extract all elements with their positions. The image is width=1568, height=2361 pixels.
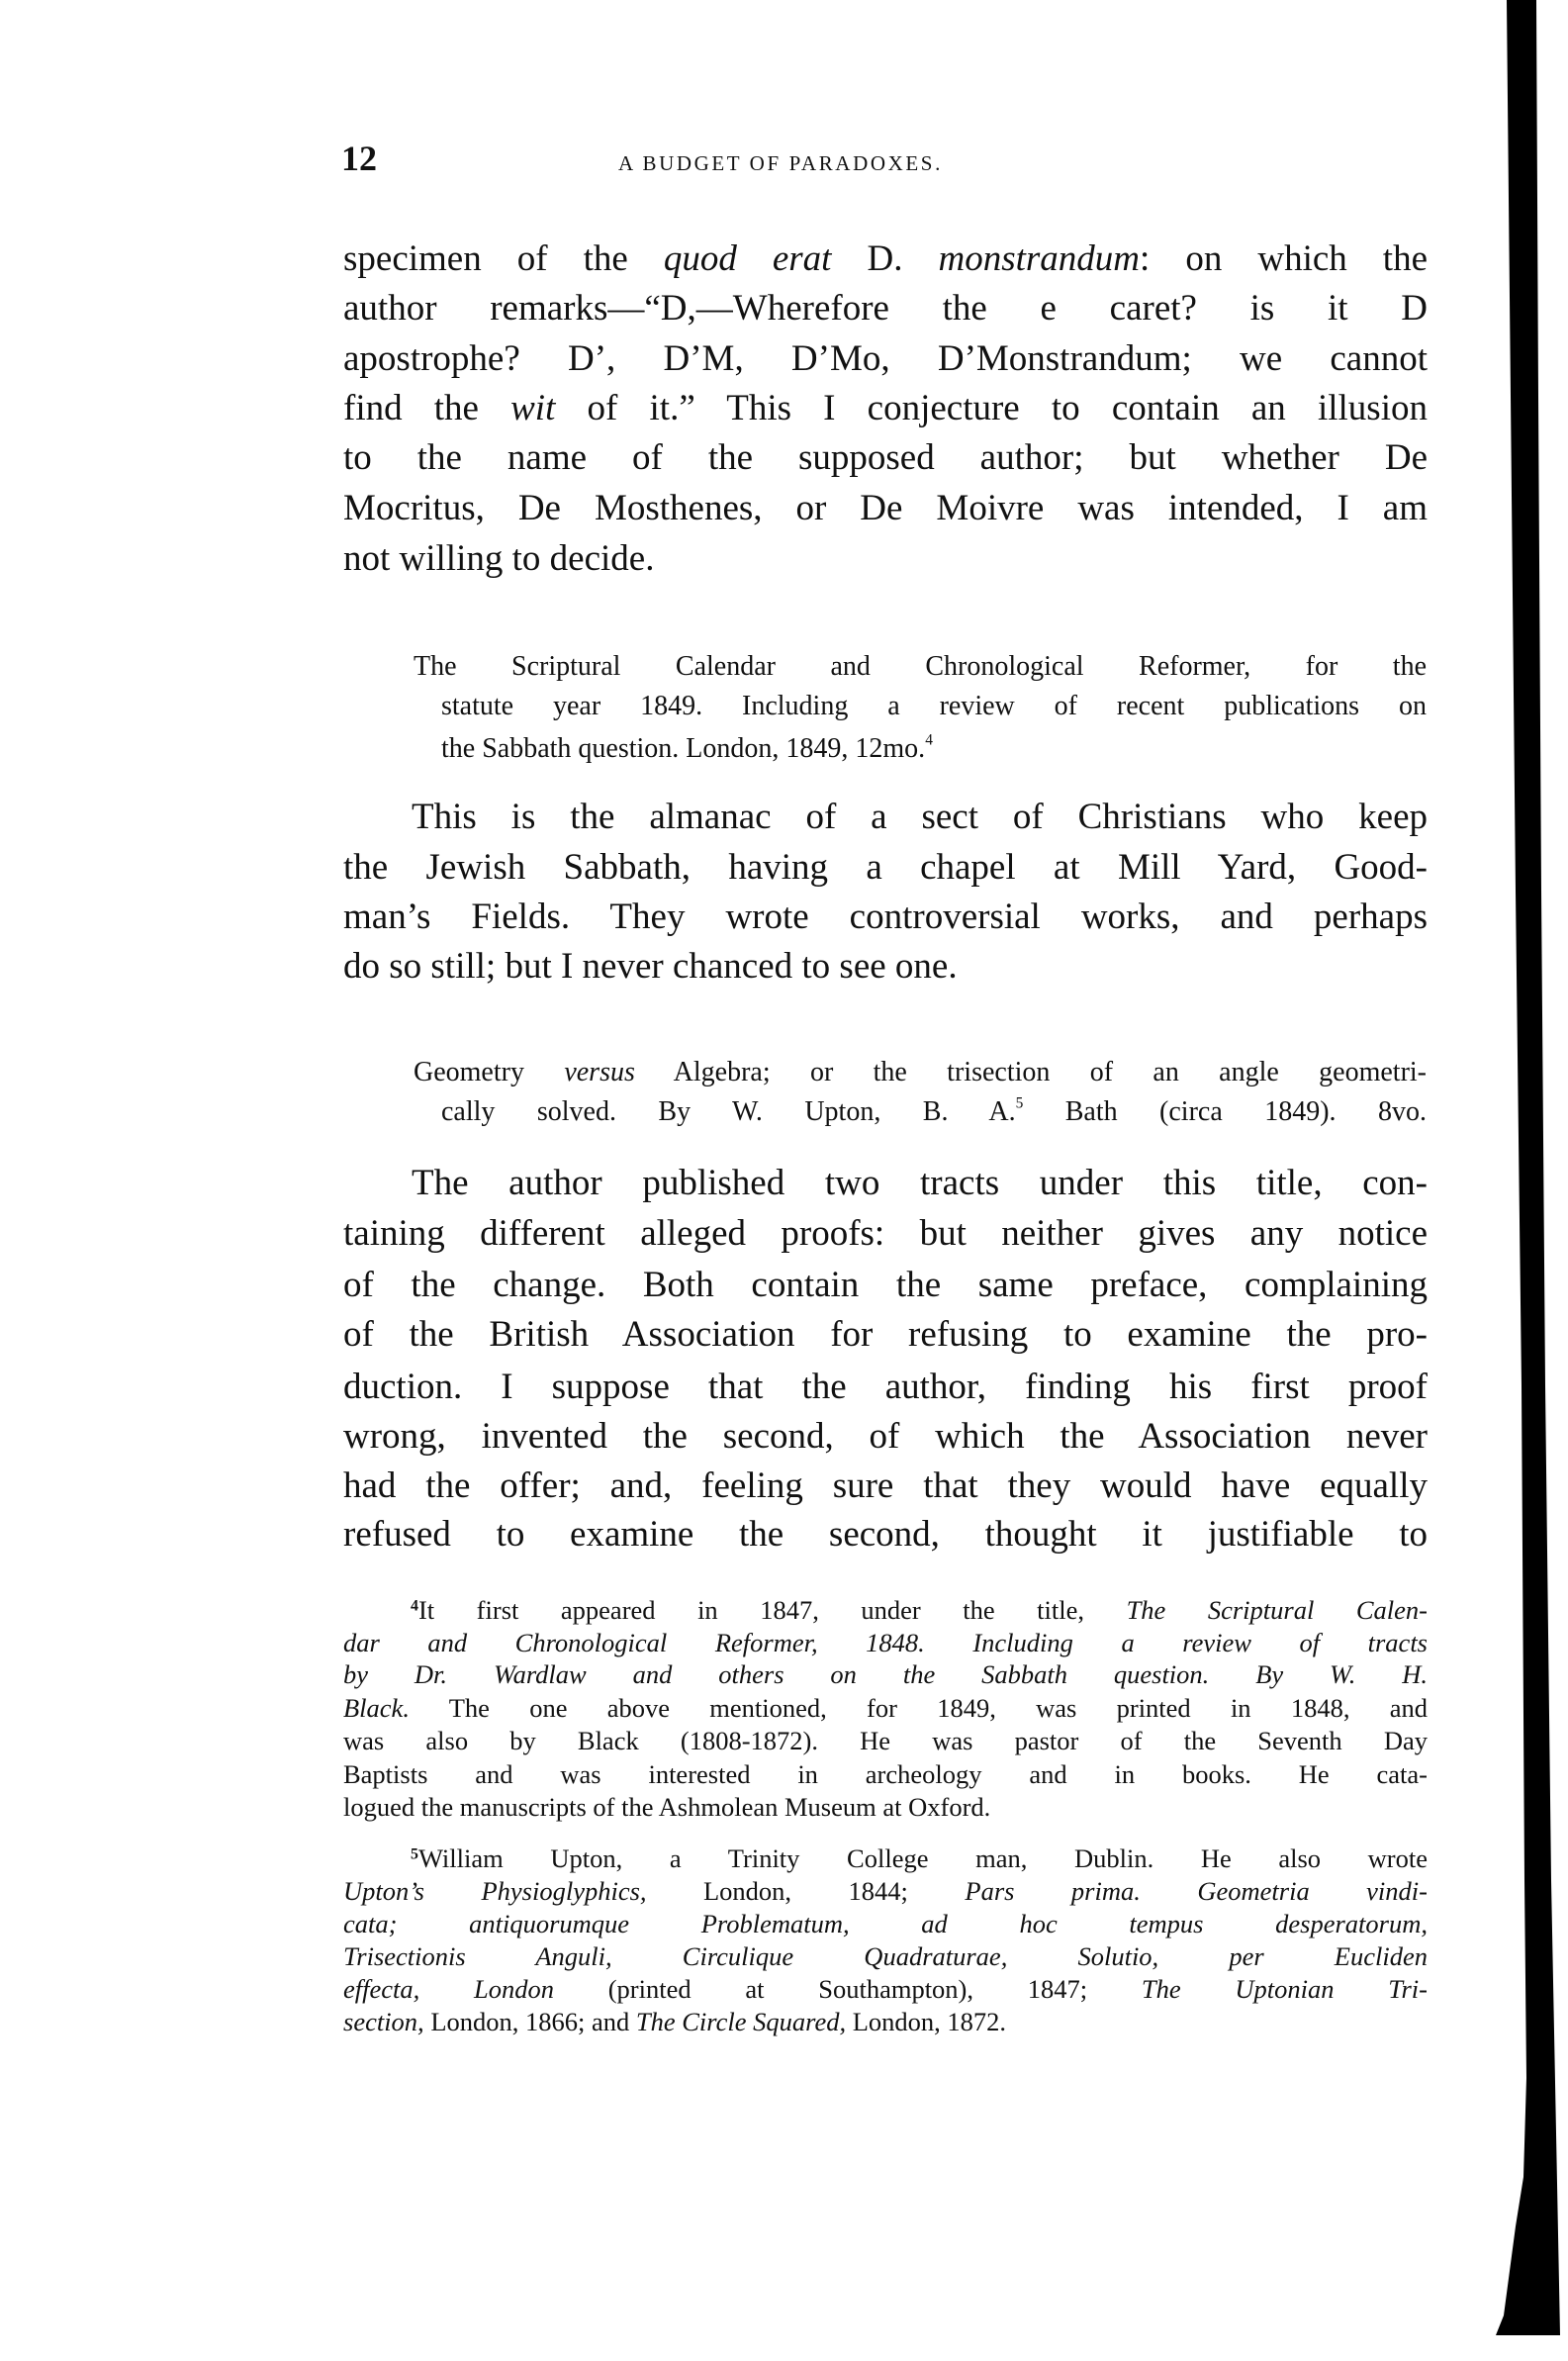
footnote-mark: 5 (411, 1845, 418, 1862)
text-line: refused to examine the second, thought i… (343, 1513, 1428, 1560)
text-line: wrong, invented the second, of which the… (343, 1415, 1428, 1463)
footnote-ref[interactable]: 4 (925, 732, 933, 749)
entry-line: Geometry versus Algebra; or the trisecti… (414, 1056, 1427, 1091)
italic-text: dar and Chronological Reformer, 1848. In… (343, 1628, 1428, 1657)
italic-text: by Dr. Wardlaw and others on the Sabbath… (343, 1659, 1428, 1689)
italic-text: The Uptonian Tri- (1142, 1974, 1428, 2004)
entry-line: cally solved. By W. Upton, B. A.5 Bath (… (441, 1095, 1427, 1131)
text-line: man’s Fields. They wrote controversial w… (343, 896, 1428, 943)
text-line: the Jewish Sabbath, having a chapel at M… (343, 846, 1428, 894)
text-line: not willing to decide. (343, 537, 654, 581)
footnote-line: Upton’s Physioglyphics, London, 1844; Pa… (343, 1876, 1428, 1910)
italic-text: effecta, London (343, 1974, 554, 2004)
text-line: do so still; but I never chanced to see … (343, 945, 958, 989)
text-line: The author published two tracts under th… (412, 1162, 1428, 1209)
text-line: of the British Association for refusing … (343, 1313, 1428, 1361)
italic-text: Upton’s Physioglyphics, (343, 1876, 647, 1906)
entry-line: The Scriptural Calendar and Chronologica… (414, 650, 1427, 686)
footnote-line: cata; antiquorumque Problematum, ad hoc … (343, 1909, 1428, 1942)
italic-text: monstrandum (939, 238, 1141, 279)
italic-text: section, (343, 2007, 424, 2036)
entry-line: the Sabbath question. London, 1849, 12mo… (441, 732, 933, 766)
text-line: taining different alleged proofs: but ne… (343, 1212, 1428, 1260)
text-line: apostrophe? D’, D’M, D’Mo, D’Monstrandum… (343, 337, 1428, 385)
page-number: 12 (341, 139, 377, 178)
text-line: This is the almanac of a sect of Christi… (412, 796, 1428, 843)
text-line: author remarks—“D,—Wherefore the e caret… (343, 287, 1428, 334)
footnote-mark: 4 (411, 1597, 418, 1614)
running-title: A BUDGET OF PARADOXES. (618, 150, 1113, 176)
text-line: of the change. Both contain the same pre… (343, 1264, 1428, 1311)
text-line: had the offer; and, feeling sure that th… (343, 1464, 1428, 1512)
text-line: to the name of the supposed author; but … (343, 436, 1428, 484)
italic-text: Pars prima. Geometria vindi- (965, 1876, 1428, 1906)
text-line: specimen of the quod erat D. monstrandum… (343, 237, 1428, 285)
footnote-line: logued the manuscripts of the Ashmolean … (343, 1792, 990, 1822)
italic-text: The Circle Squared, (636, 2007, 846, 2036)
italic-text: Trisectionis Anguli, Circulique Quadratu… (343, 1941, 1428, 1971)
footnote-line: 4It first appeared in 1847, under the ti… (411, 1595, 1428, 1629)
footnote-line: Baptists and was interested in archeolog… (343, 1759, 1428, 1793)
text-line: find the wit of it.” This I conjecture t… (343, 387, 1428, 434)
footnote-line: was also by Black (1808-1872). He was pa… (343, 1726, 1428, 1759)
footnote-line: effecta, London (printed at Southampton)… (343, 1974, 1428, 2008)
text-line: duction. I suppose that the author, find… (343, 1366, 1428, 1413)
italic-text: cata; antiquorumque Problematum, ad hoc … (343, 1909, 1428, 1938)
entry-line: statute year 1849. Including a review of… (441, 690, 1427, 725)
italic-text: Black. (343, 1693, 410, 1723)
italic-text: The Scriptural Calen- (1127, 1595, 1428, 1625)
footnote-line: Trisectionis Anguli, Circulique Quadratu… (343, 1941, 1428, 1975)
book-page: 12 A BUDGET OF PARADOXES. specimen of th… (0, 0, 1568, 2361)
footnote-line: section, London, 1866; and The Circle Sq… (343, 2007, 1006, 2036)
footnote-line: Black. The one above mentioned, for 1849… (343, 1693, 1428, 1727)
page-edge-shadow (1484, 0, 1568, 2361)
italic-text: quod erat (664, 238, 832, 279)
footnote-line: by Dr. Wardlaw and others on the Sabbath… (343, 1659, 1428, 1693)
italic-text: versus (564, 1057, 635, 1087)
italic-text: wit (510, 388, 555, 428)
footnote-line: dar and Chronological Reformer, 1848. In… (343, 1628, 1428, 1661)
text-line: Mocritus, De Mosthenes, or De Moivre was… (343, 487, 1428, 534)
footnote-line: 5William Upton, a Trinity College man, D… (411, 1843, 1428, 1877)
